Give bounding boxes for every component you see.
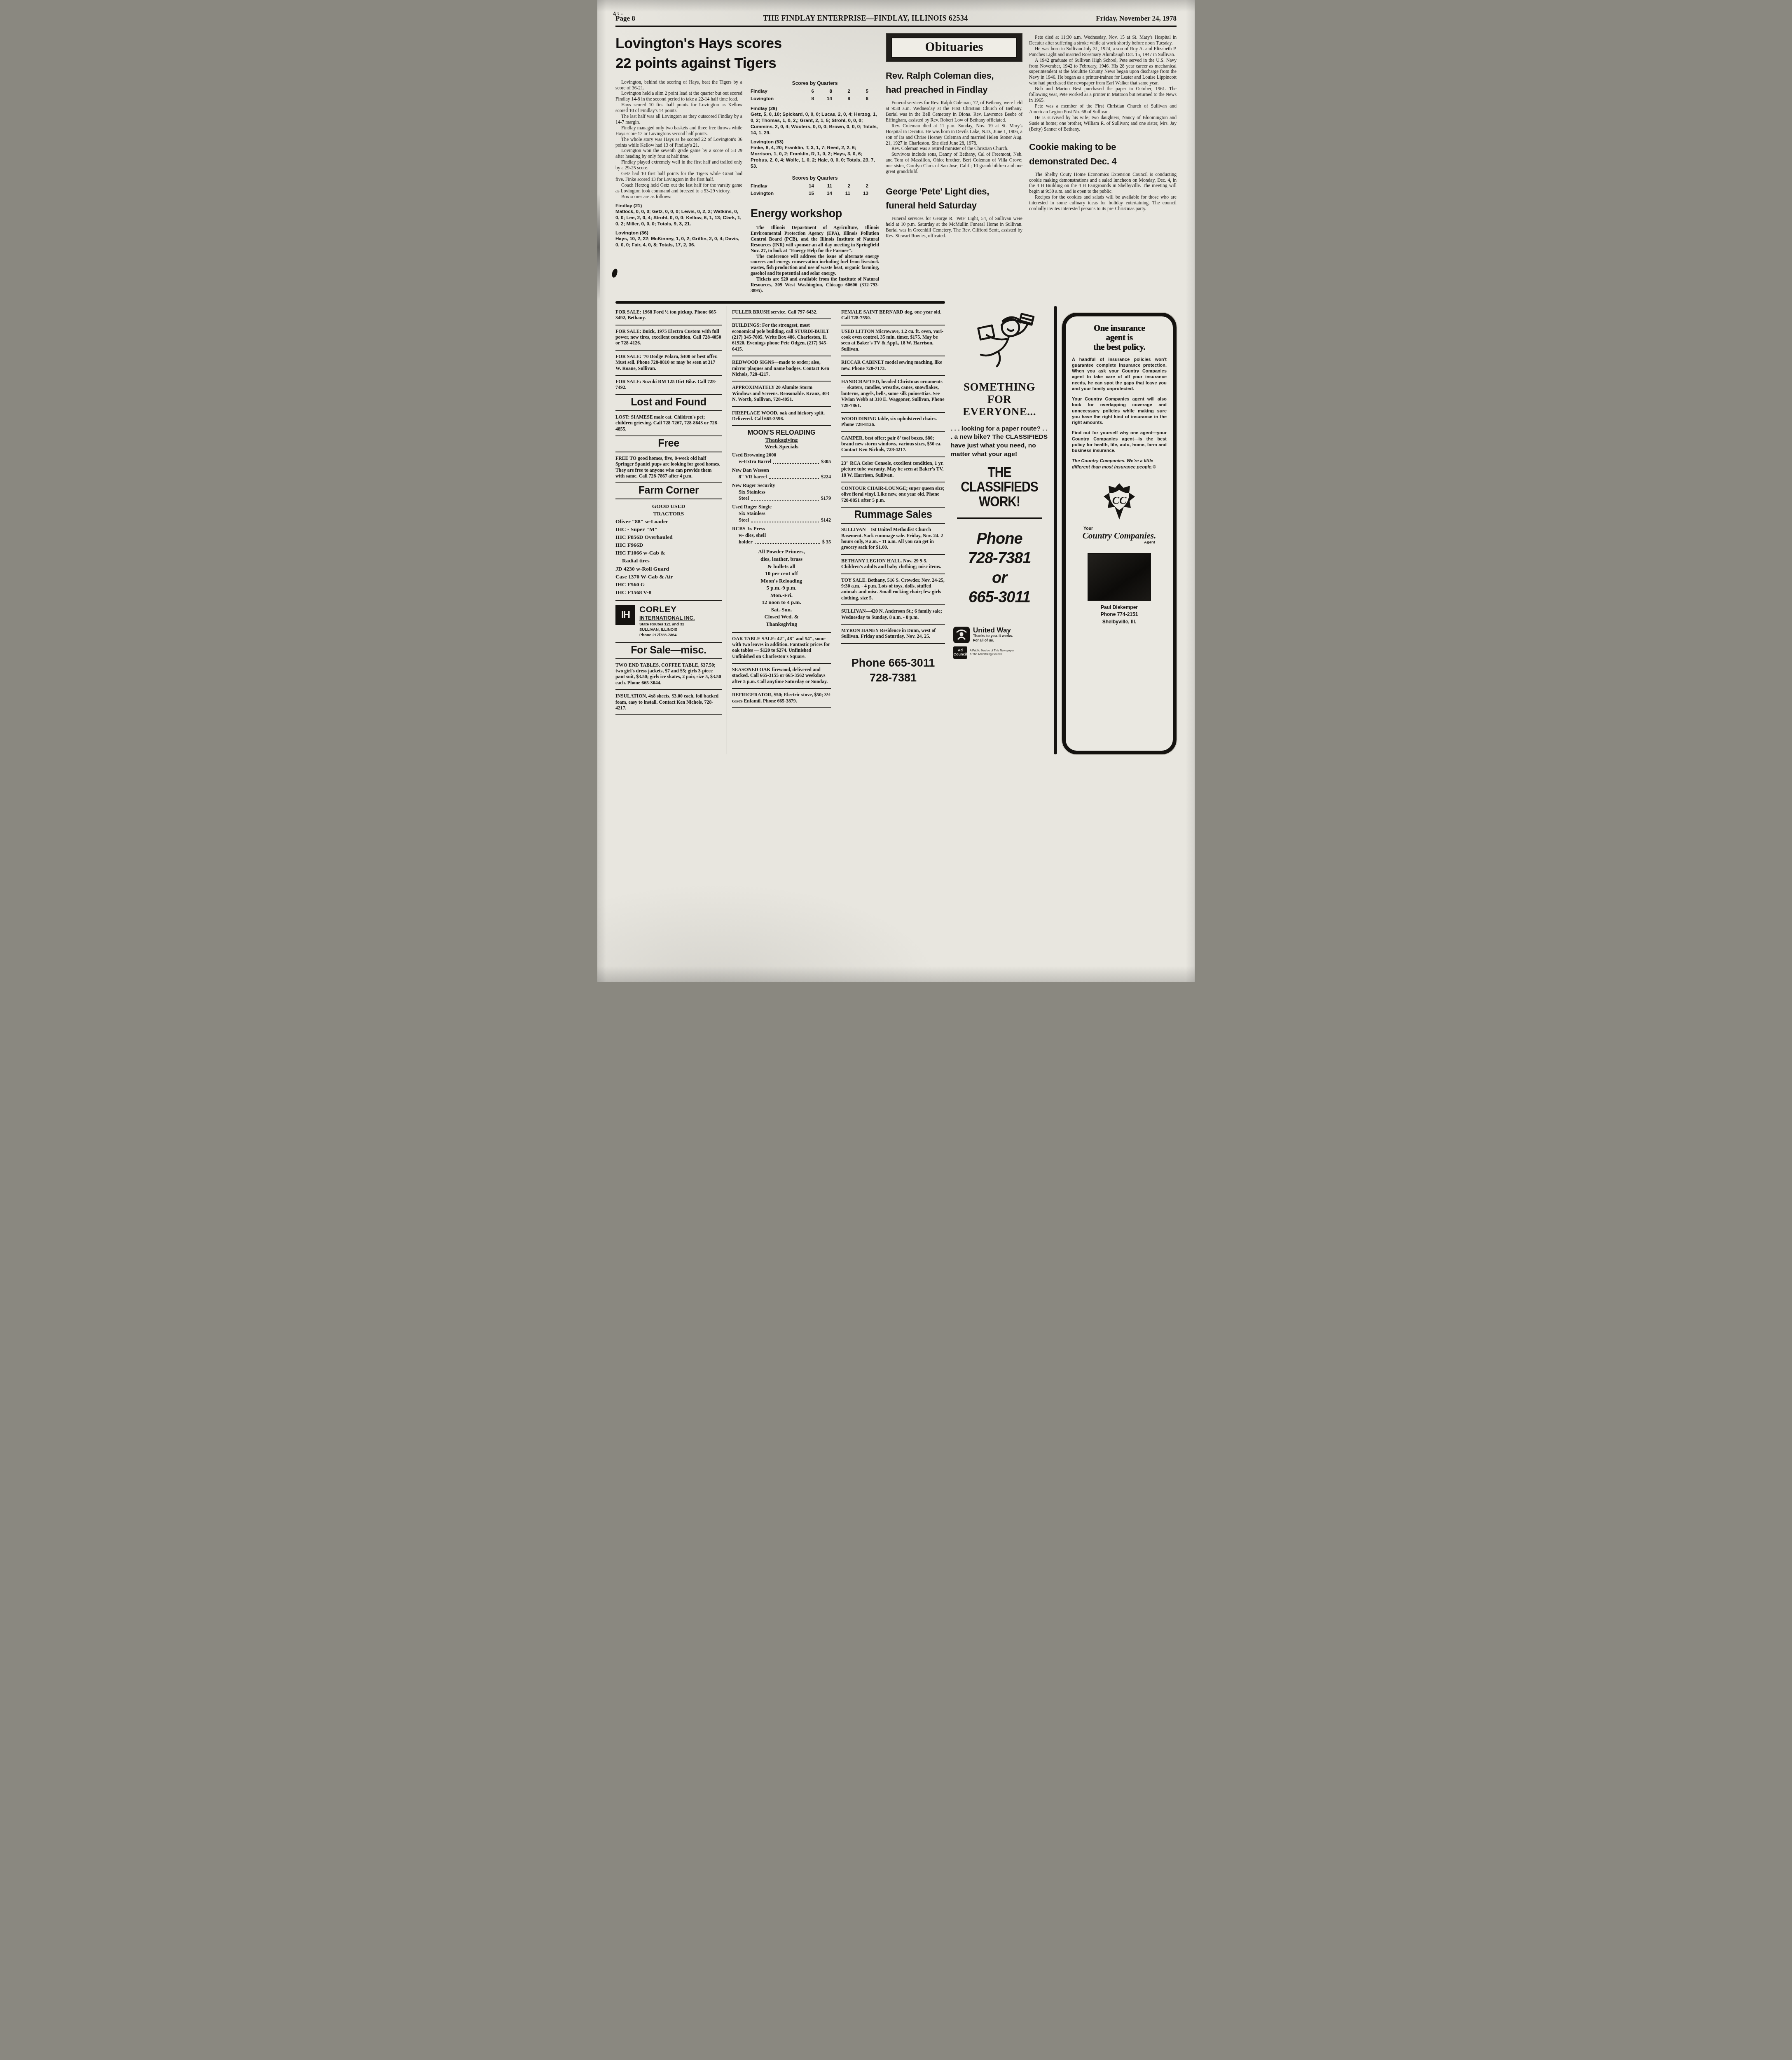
obit-light-line1: George 'Pete' Light dies, <box>886 186 989 197</box>
boxscore-team-label: Findlay (29) <box>751 106 879 111</box>
classified-ad: FOR SALE: '70 Dodge Polara, $400 or best… <box>615 351 722 376</box>
promo-big-line: THE CLASSIFIEDS <box>950 465 1049 495</box>
boxscore-line: Finke, 8, 4, 20; Franklin, T, 3, 1, 7; R… <box>751 145 879 169</box>
united-way-name: United Way <box>973 627 1013 634</box>
quarter-score: 6 <box>796 88 814 95</box>
tractor-item: Oliver "88" w-Loader <box>615 517 722 525</box>
classifieds-phone-block: Phone 665-3011 728-7381 <box>841 655 945 686</box>
country-companies-brand: Your Country Companies. Agent <box>1072 526 1167 545</box>
ih-logo: IH <box>615 605 635 625</box>
story-paragraph: The last half was all Lovington as they … <box>615 114 742 125</box>
corley-dealer-block: IH CORLEY INTERNATIONAL INC. State Route… <box>615 601 722 643</box>
brand-name: Country Companies. <box>1072 531 1167 540</box>
united-way-logo <box>953 627 970 643</box>
corley-address: State Routes 121 and 32 SULLIVAN, ILLINO… <box>639 622 695 638</box>
promo-big-line: WORK! <box>950 495 1049 510</box>
ad-council-logo: Ad Council <box>953 646 967 659</box>
team-name: Findlay <box>751 183 796 190</box>
classified-ad: MYRON HANEY Residence in Dunn, west of S… <box>841 625 945 644</box>
insurance-ad-paragraph: Find out for yourself why one agent—your… <box>1072 430 1167 454</box>
quarter-score: 14 <box>814 95 832 103</box>
cookie-headline: Cookie making to bedemonstrated Dec. 4 <box>1029 140 1177 168</box>
moons-subtitle: Thanksgiving <box>732 437 831 443</box>
price-value: $224 <box>821 474 831 480</box>
story-paragraph: Lovington, behind the scoring of Hays, b… <box>615 80 742 91</box>
ad-council-service-text: A Public Service of This Newspaper & The… <box>970 649 1014 656</box>
obituaries-column: Obituaries Rev. Ralph Coleman dies,had p… <box>886 33 1022 294</box>
classifieds-promo-column: SOMETHING FOR EVERYONE... . . . looking … <box>950 306 1049 754</box>
tractor-listing: GOOD USEDTRACTORS Oliver "88" w-Loader I… <box>615 499 722 601</box>
price-item-line: Used Browning 2000 <box>732 452 831 459</box>
ad-council-service-line: & The Advertising Council <box>970 653 1014 656</box>
obituary-continued-paragraph: He was born in Sullivan July 31, 1924, a… <box>1029 46 1177 58</box>
quarter-score: 15 <box>796 190 814 197</box>
price-item-line: Six Stainless <box>732 489 831 496</box>
classified-ad: BUILDINGS: For the strongest, most econo… <box>732 319 831 356</box>
promo-title-line: FOR <box>950 393 1049 405</box>
quarter-score: 8 <box>796 95 814 103</box>
obituary-continued-paragraph: Pete died at 11:30 a.m. Wednesday, Nov. … <box>1029 35 1177 46</box>
moons-note: Thanksgiving <box>732 620 831 628</box>
team-name: Findlay <box>751 88 796 95</box>
boxscore-team-label: Lovington (53) <box>751 139 879 145</box>
moons-note: Mon.-Fri. <box>732 592 831 599</box>
right-editorial-column: Pete died at 11:30 a.m. Wednesday, Nov. … <box>1029 33 1177 294</box>
obituary-continued-paragraph: He is survived by his wife; two daughter… <box>1029 115 1177 132</box>
classified-ad: FOR SALE: 1968 Ford ½ ton pickup. Phone … <box>615 306 722 325</box>
dotted-leader <box>773 463 819 464</box>
tractor-item: IHC F1066 w-Cab & <box>615 549 722 557</box>
obituary-paragraph: Funeral services for Rev. Ralph Coleman,… <box>886 100 1022 123</box>
quarter-score: 8 <box>814 88 832 95</box>
team-name: Lovington <box>751 190 796 197</box>
scores-by-quarters-title: Scores by Quarters <box>751 175 879 181</box>
lead-headline-line1: Lovington's Hays scores <box>615 35 782 51</box>
newspaper-page: 4:. Page 8 THE FINDLAY ENTERPRISE—FINDLA… <box>597 0 1195 982</box>
price-list-item: Used Ruger Single Six Stainless Steel$14… <box>732 504 831 524</box>
classified-ad: OAK TABLE SALE: 42", 48" and 54", some w… <box>732 633 831 664</box>
agent-photo <box>1088 554 1150 600</box>
phone-line: 728-7381 <box>841 670 945 685</box>
scores-column: Scores by Quarters Findlay 6 8 2 5 Lovin… <box>751 80 879 294</box>
classified-ad: FOR SALE: Buick, 1975 Electra Custom wit… <box>615 325 722 351</box>
classified-ad: SULLIVAN—1st United Methodist Church Bas… <box>841 524 945 555</box>
classifieds-top-rule <box>615 301 945 304</box>
scores-by-quarters-title: Scores by Quarters <box>751 80 879 86</box>
quarter-score: 2 <box>850 183 868 190</box>
svg-text:CC: CC <box>1112 494 1127 506</box>
country-companies-ad-column: One insurance agent is the best policy. … <box>1062 306 1177 754</box>
agent-name: Paul Diekemper <box>1072 604 1167 611</box>
quarter-score: 11 <box>832 190 850 197</box>
masthead-title: THE FINDLAY ENTERPRISE—FINDLAY, ILLINOIS… <box>763 14 968 23</box>
boxscore-team-label: Lovington (36) <box>615 230 742 236</box>
price-item-line: New Dan Wesson <box>732 467 831 474</box>
classified-ad: CONTOUR CHAIR-LOUNGE; super queen size; … <box>841 482 945 508</box>
story-paragraph: Lovington held a slim 2 point lead at th… <box>615 91 742 102</box>
classified-ad: FIREPLACE WOOD, oak and hickory split. D… <box>732 407 831 426</box>
moons-note: Sat.-Sun. <box>732 606 831 613</box>
moons-note: All Powder Primers, <box>732 548 831 555</box>
price-item-line: 8" VR barrel <box>732 474 767 480</box>
agent-city: Shelbyville, Ill. <box>1072 618 1167 625</box>
ad-council-word: Council <box>954 653 967 656</box>
quarter-score: 8 <box>832 95 850 103</box>
corley-addr-line: State Routes 121 and 32 <box>639 622 695 627</box>
brand-agent: Agent <box>1072 540 1167 545</box>
moons-note: Moon's Reloading <box>732 577 831 585</box>
corley-name2: INTERNATIONAL INC. <box>639 615 695 621</box>
corley-name: CORLEY <box>639 605 695 614</box>
quarter-score-row: Lovington 15 14 11 13 <box>751 190 879 197</box>
energy-workshop-headline: Energy workshop <box>751 207 879 220</box>
price-item-line: RCBS Jr. Press <box>732 526 831 532</box>
cookie-headline-line2: demonstrated Dec. 4 <box>1029 156 1117 166</box>
obituary-paragraph: Funeral services for George R. 'Pete' Li… <box>886 216 1022 239</box>
obit-coleman-line1: Rev. Ralph Coleman dies, <box>886 70 994 81</box>
quarter-score-row: Findlay 14 11 2 2 <box>751 183 879 190</box>
obituary-paragraph: Survivors include sons, Danny of Bethany… <box>886 152 1022 175</box>
energy-paragraph: The conference will address the issue of… <box>751 254 879 277</box>
phone-line: Phone 665-3011 <box>841 655 945 670</box>
classified-ad: FOR SALE: Suzuki RM 125 Dirt Bike. Call … <box>615 376 722 395</box>
boxscore-line: Getz, 5, 0, 10; Spickard, 0, 0, 0; Lucas… <box>751 111 879 136</box>
promo-title-line: SOMETHING <box>950 381 1049 393</box>
tractor-item: Case 1370 W-Cab & Air <box>615 573 722 581</box>
classified-ad: SEASONED OAK firewood, delivered and sta… <box>732 664 831 689</box>
dotted-leader <box>769 478 819 479</box>
story-paragraph: The whole story was Hays as he scored 22… <box>615 137 742 148</box>
obituaries-box-label: Obituaries <box>891 37 1017 58</box>
classified-ad: USED LITTON Microwave, 1.2 cu. ft. oven,… <box>841 325 945 357</box>
insurance-ad-slogan: The Country Companies. We're a little di… <box>1072 458 1167 470</box>
classified-ad: 23" RCA Color Console, excellent conditi… <box>841 457 945 482</box>
tractor-item: IHC F966D <box>615 541 722 549</box>
promo-phone-line: 728-7381 <box>950 549 1049 569</box>
team-name: Lovington <box>751 95 796 103</box>
classified-ad: FEMALE SAINT BERNARD dog, one-year old. … <box>841 306 945 325</box>
dotted-leader <box>751 500 819 501</box>
section-header-lost-and-found: Lost and Found <box>615 395 722 411</box>
obituary-paragraph: Rev. Coleman died at 11 p.m. Sunday, Nov… <box>886 123 1022 146</box>
classified-ad: BETHANY LEGION HALL. Nov. 29 9-5. Childr… <box>841 555 945 574</box>
page-number: Page 8 <box>615 14 635 23</box>
moons-note: Closed Wed. & <box>732 613 831 620</box>
promo-title: SOMETHING FOR EVERYONE... <box>950 381 1049 418</box>
price-value: $305 <box>821 459 831 465</box>
lead-headline: Lovington's Hays scores22 points against… <box>615 34 879 74</box>
moons-note: & bullets all <box>732 563 831 570</box>
section-header-farm-corner: Farm Corner <box>615 483 722 499</box>
quarter-score-row: Findlay 6 8 2 5 <box>751 88 879 95</box>
story-paragraph: Box scores are as follows: <box>615 194 742 200</box>
story-paragraph: Findlay managed only two baskets and thr… <box>615 125 742 137</box>
insurance-ad-headline: One insurance agent is the best policy. <box>1072 324 1167 352</box>
country-companies-ad: One insurance agent is the best policy. … <box>1062 313 1177 754</box>
obituary-paragraph: Rev. Coleman was a retired minister of t… <box>886 146 1022 152</box>
corley-city-line: SULLIVAN, ILLINOIS <box>639 627 695 633</box>
obituaries-box-frame: Obituaries <box>886 33 1022 62</box>
insurance-headline-line: agent is <box>1072 333 1167 343</box>
energy-paragraph: The Illinois Department of Agriculture, … <box>751 225 879 254</box>
classified-ad: WOOD DINING table, six upholstered chair… <box>841 413 945 432</box>
tractor-item: Radial tires <box>615 557 722 564</box>
promo-title-line: EVERYONE... <box>950 405 1049 418</box>
country-companies-shield-logo: CC <box>1102 482 1137 520</box>
classified-ad: INSULATION, 4x8 sheets, $3.00 each, foil… <box>615 690 722 715</box>
price-item-line: Six Stainless <box>732 510 831 517</box>
price-value: $142 <box>821 517 831 524</box>
promo-rule <box>957 517 1042 519</box>
corley-phone-line: Phone 217/728-7364 <box>639 633 695 638</box>
story-paragraph: Getz had 10 first half points for the Ti… <box>615 171 742 183</box>
price-item-line: holder <box>732 539 753 545</box>
newsboy-illustration <box>956 308 1043 380</box>
united-way-tagline: For all of us. <box>973 638 1013 643</box>
insurance-ad-paragraph: Your Country Companies agent will also l… <box>1072 396 1167 426</box>
masthead-row: Page 8 THE FINDLAY ENTERPRISE—FINDLAY, I… <box>615 0 1177 27</box>
cookie-headline-line1: Cookie making to be <box>1029 142 1116 152</box>
price-item-line: New Ruger Security <box>732 482 831 489</box>
column-divider-bar <box>1054 306 1057 754</box>
classified-ad: CAMPER, best offer; pair 8' tool boxes, … <box>841 432 945 457</box>
classified-ad: HANDCRAFTED, beaded Christmas ornaments … <box>841 376 945 413</box>
tractor-item: IHC - Super "M" <box>615 525 722 533</box>
price-item-line: w-Extra Barrel <box>732 459 771 465</box>
obit-light-line2: funeral held Saturday <box>886 200 977 211</box>
classifieds-column-2: FULLER BRUSH service. Call 797-6432. BUI… <box>727 306 831 754</box>
moons-title: MOON'S RELOADING <box>732 429 831 437</box>
energy-paragraph: Tickets are $20 and available from the I… <box>751 276 879 294</box>
quarter-score: 13 <box>850 190 868 197</box>
lead-story-block: Lovington's Hays scores22 points against… <box>615 33 879 294</box>
promo-phone-block: Phone 728-7381 or 665-3011 <box>950 529 1049 608</box>
cookie-paragraph: The Shelby Couty Home Economics Extensio… <box>1029 172 1177 195</box>
editorial-section: Lovington's Hays scores22 points against… <box>615 27 1177 294</box>
price-list-item: New Ruger Security Six Stainless Steel$1… <box>732 482 831 502</box>
ad-council-service-line: A Public Service of This Newspaper <box>970 649 1014 653</box>
price-value: $ 35 <box>822 539 831 545</box>
quarter-score: 14 <box>814 190 832 197</box>
page-date: Friday, November 24, 1978 <box>1096 14 1177 23</box>
classified-ad: TOY SALE. Bethany, 516 S. Crowder. Nov. … <box>841 574 945 606</box>
obit-coleman-line2: had preached in Findlay <box>886 84 987 95</box>
classifieds-column-3: FEMALE SAINT BERNARD dog, one-year old. … <box>836 306 945 754</box>
moons-note: 12 noon to 4 p.m. <box>732 599 831 606</box>
price-item-line: Steel <box>732 495 749 502</box>
classified-ad: SULLIVAN—420 N. Anderson St.; 6 family s… <box>841 605 945 625</box>
cookie-paragraph: Recipes for the cookies and salads will … <box>1029 194 1177 212</box>
dotted-leader <box>751 522 819 522</box>
section-header-rummage-sales: Rummage Sales <box>841 508 945 524</box>
moons-subtitle: Week Specials <box>732 443 831 450</box>
moons-note: dies, leather, brass <box>732 555 831 563</box>
price-list-item: Used Browning 2000 w-Extra Barrel$305 <box>732 452 831 465</box>
tractor-item: IHC F560 G <box>615 581 722 588</box>
moons-note: 10 per cent off <box>732 570 831 577</box>
classified-ad: FREE TO good homes, five, 8-week old hal… <box>615 452 722 484</box>
section-header-for-sale-misc: For Sale—misc. <box>615 643 722 659</box>
price-item-line: w- dies, shell <box>732 532 831 539</box>
dotted-leader <box>755 543 820 544</box>
promo-body: . . . looking for a paper route? . . . a… <box>951 425 1048 459</box>
ad-council-block: Ad Council A Public Service of This News… <box>950 646 1049 659</box>
obituary-continued-paragraph: Pete was a member of the First Christian… <box>1029 103 1177 115</box>
classified-ad: RICCAR CABINET model sewing maching, lik… <box>841 356 945 376</box>
insurance-ad-paragraph: A handful of insurance policies won't gu… <box>1072 357 1167 392</box>
obituary-continued-paragraph: A 1942 graduate of Sullivan High School,… <box>1029 58 1177 87</box>
classified-ad: REFRIGERATOR, $50; Electric stove, $50; … <box>732 689 831 708</box>
classifieds-column-1: FOR SALE: 1968 Ford ½ ton pickup. Phone … <box>615 306 722 754</box>
obituary-headline-light: George 'Pete' Light dies,funeral held Sa… <box>886 185 1022 213</box>
classified-ad: LOST: SIAMESE male cat. Children's pet; … <box>615 411 722 436</box>
tractor-item: IHC F856D Overhauled <box>615 533 722 541</box>
boxscore-line: Hays, 10, 2, 22; McKinney, 1, 0, 2; Grif… <box>615 236 742 248</box>
tractor-list-title: GOOD USEDTRACTORS <box>615 503 722 517</box>
boxscore-line: Matlock, 0, 0, 0; Getz, 0, 0, 0; Lewis, … <box>615 208 742 227</box>
agent-phone: Phone 774-2151 <box>1072 611 1167 618</box>
promo-phone-line: Phone <box>950 529 1049 549</box>
lead-headline-line2: 22 points against Tigers <box>615 55 776 71</box>
united-way-block: United Way Thanks to you. It works. For … <box>950 627 1049 643</box>
moons-reloading-ad: MOON'S RELOADING Thanksgiving Week Speci… <box>732 426 831 632</box>
classifieds-section: FOR SALE: 1968 Ford ½ ton pickup. Phone … <box>615 306 1177 754</box>
price-item-line: Steel <box>732 517 749 524</box>
quarter-score: 14 <box>796 183 814 190</box>
section-header-free: Free <box>615 436 722 452</box>
price-list-item: New Dan Wesson 8" VR barrel$224 <box>732 467 831 480</box>
story-paragraph: Hays scored 10 first half points for Lov… <box>615 102 742 114</box>
quarter-score: 6 <box>850 95 868 103</box>
united-way-tagline: Thanks to you. It works. <box>973 634 1013 638</box>
lead-story-text-column: Lovington, behind the scoring of Hays, b… <box>615 80 742 294</box>
obituary-headline-coleman: Rev. Ralph Coleman dies,had preached in … <box>886 69 1022 97</box>
moons-note: 5 p.m.-9 p.m. <box>732 584 831 592</box>
classified-ad: FULLER BRUSH service. Call 797-6432. <box>732 306 831 319</box>
story-paragraph: Findlay played extremely well in the fir… <box>615 159 742 171</box>
classified-ad: REDWOOD SIGNS—made to order; also, mirro… <box>732 356 831 382</box>
agent-contact: Paul Diekemper Phone 774-2151 Shelbyvill… <box>1072 604 1167 625</box>
quarter-score: 2 <box>832 183 850 190</box>
quarter-score: 5 <box>850 88 868 95</box>
insurance-headline-line: the best policy. <box>1072 343 1167 352</box>
price-list-item: RCBS Jr. Press w- dies, shell holder$ 35 <box>732 526 831 545</box>
insurance-headline-line: One insurance <box>1072 324 1167 333</box>
promo-phone-line: 665-3011 <box>950 588 1049 608</box>
tractor-item: JD 4230 w-Roll Guard <box>615 565 722 573</box>
price-value: $179 <box>821 495 831 502</box>
quarter-score-row: Lovington 8 14 8 6 <box>751 95 879 103</box>
classified-ad: APPROXIMATELY 20 Alumite Storm Windows a… <box>732 382 831 407</box>
story-paragraph: Coach Herzog held Getz out the last half… <box>615 183 742 194</box>
tractor-item: IHC F1568 V-8 <box>615 588 722 596</box>
quarter-score: 2 <box>832 88 850 95</box>
tractor-title-line2: TRACTORS <box>615 510 722 517</box>
classified-ad: TWO END TABLES, COFFEE TABLE, $37.50; tw… <box>615 659 722 691</box>
tractor-title-line1: GOOD USED <box>615 503 722 510</box>
story-paragraph: Lovington won the seventh grade game by … <box>615 148 742 159</box>
boxscore-team-label: Findlay (21) <box>615 203 742 208</box>
quarter-score: 11 <box>814 183 832 190</box>
promo-classifieds-work: THE CLASSIFIEDS WORK! <box>950 465 1049 510</box>
promo-phone-line: or <box>950 569 1049 588</box>
price-item-line: Used Ruger Single <box>732 504 831 510</box>
obituary-continued-paragraph: Bob and Marion Best purchased the paper … <box>1029 86 1177 103</box>
